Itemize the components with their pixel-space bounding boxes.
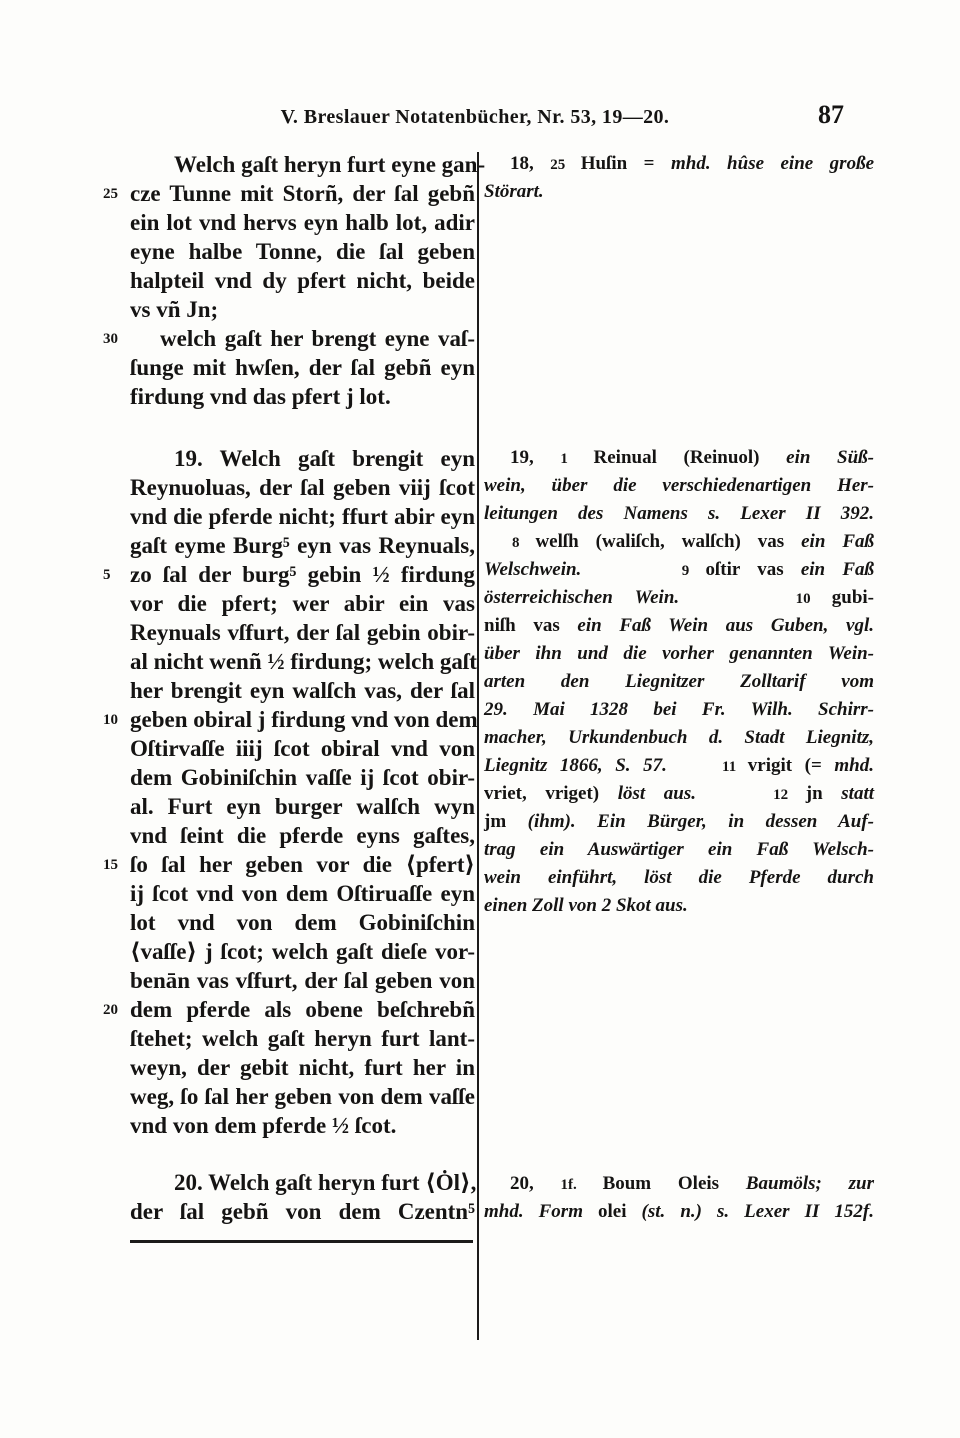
note-text-segment: welſh (waliſch, walſch) vas [535, 531, 801, 552]
commentary-note: 20, 1f. Boum Oleis Baumöls; zurmhd. Form… [484, 1170, 874, 1226]
note-ref-number: 25 [550, 157, 580, 173]
text-line: al nicht wenñ ½ firdung; welch gaſt [103, 647, 475, 676]
note-text-segment: mhd. hûse eine große [671, 153, 874, 174]
text-line: Reynuals vſfurt, der ſal gebin obir- [103, 618, 475, 647]
note-text-segment: (ihm). Ein Bürger, in dessen Auf- [528, 811, 874, 832]
text-line: Reynuoluas, der ſal geben viij ſcot [103, 473, 475, 502]
line-text: cze Tunne mit Storñ, der ſal gebñ [130, 179, 475, 208]
note-text-segment: wein, über die verschiedenartigen Her- [484, 475, 874, 496]
line-text: dem Gobiniſchin vaſſe ij ſcot obir- [130, 763, 475, 792]
note-text-segment: jm [484, 811, 528, 832]
note-text-segment: vrigit (= [748, 755, 835, 776]
note-text-segment: über ihn und die vorher genannten Wein- [484, 643, 874, 664]
note-text-segment: ein Faß [801, 531, 874, 552]
commentary-note: 18, 25 Huſin = mhd. hûse eine großeStöra… [484, 150, 874, 206]
note-text-segment: österreichischen Wein. [484, 587, 679, 608]
margin-line-number [103, 1168, 130, 1197]
note-line: mhd. Form olei (st. n.) s. Lexer II 152f… [484, 1198, 874, 1226]
line-text: ſo ſal her geben vor die ⟨pfert⟩ [130, 850, 475, 879]
text-line: ij ſcot vnd von dem Oſtiruaſſe eyn [103, 879, 475, 908]
line-text: Reynuals vſfurt, der ſal gebin obir- [130, 618, 475, 647]
note-text-segment: 20, [510, 1173, 561, 1194]
line-text: Welch gaſt heryn furt eyne gan- [130, 150, 485, 179]
note-line: 19, 1 Reinual (Reinuol) ein Süß- [484, 444, 874, 472]
note-text-segment: trag ein Auswärtiger ein Faß Welsch- [484, 839, 874, 860]
commentary-note: 19, 1 Reinual (Reinuol) ein Süß-wein, üb… [484, 444, 874, 920]
margin-line-number [103, 821, 130, 850]
inter-note-gap [715, 798, 755, 799]
margin-line-number [103, 618, 130, 647]
note-text-segment: Reinual (Reinuol) [594, 447, 787, 468]
text-line: ⟨vaſſe⟩ j ſcot; welch gaſt dieſe vor- [103, 937, 475, 966]
note-line: trag ein Auswärtiger ein Faß Welsch- [484, 836, 874, 864]
line-text: vs vñ Jn; [130, 295, 475, 324]
line-text: firdung vnd das pfert j lot. [130, 382, 475, 411]
book-page: V. Breslauer Notatenbücher, Nr. 53, 19—2… [0, 0, 960, 1438]
note-line: vriet, vriget) löst aus. 12 jn statt [484, 780, 874, 808]
text-line: weyn, der gebit nicht, furt her in [103, 1053, 475, 1082]
text-line: al. Furt eyn burger walſch wyn [103, 792, 475, 821]
running-header-title: V. Breslauer Notatenbücher, Nr. 53, 19—2… [160, 106, 790, 129]
line-text: vnd ſeint die pferde eyns gaſtes, [130, 821, 475, 850]
line-text: gaſt eyme Burg⁵ eyn vas Reynuals, [130, 531, 475, 560]
margin-line-number [103, 879, 130, 908]
text-line: weg, ſo ſal her geben von dem vaſſe [103, 1082, 475, 1111]
line-text: ij ſcot vnd von dem Oſtiruaſſe eyn [130, 879, 475, 908]
margin-line-number: 15 [103, 850, 130, 879]
note-ref-number: 10 [796, 591, 832, 607]
margin-line-number [103, 353, 130, 382]
margin-line-number [103, 473, 130, 502]
line-text: ein lot vnd hervs eyn halb lot, adir [130, 208, 475, 237]
text-line: 20. Welch gaſt heryn furt ⟨Ȯl⟩, [103, 1168, 475, 1197]
text-line: Welch gaſt heryn furt eyne gan- [103, 150, 475, 179]
note-ref-number: 9 [682, 563, 706, 579]
margin-line-number [103, 1197, 130, 1226]
margin-line-number: 20 [103, 995, 130, 1024]
note-line: einen Zoll von 2 Skot aus. [484, 892, 874, 920]
text-line: ſtehet; welch gaſt heryn furt lant- [103, 1024, 475, 1053]
margin-line-number [103, 1053, 130, 1082]
note-text-segment: Boum Oleis [603, 1173, 746, 1194]
margin-line-number [103, 208, 130, 237]
line-text: vor die pfert; wer abir ein vas [130, 589, 475, 618]
note-line: wein, über die verschiedenartigen Her- [484, 472, 874, 500]
text-paragraph: 20. Welch gaſt heryn furt ⟨Ȯl⟩,der ſal g… [103, 1168, 475, 1226]
text-line: dem Gobiniſchin vaſſe ij ſcot obir- [103, 763, 475, 792]
line-text: Reynuoluas, der ſal geben viij ſcot [130, 473, 475, 502]
note-line: über ihn und die vorher genannten Wein- [484, 640, 874, 668]
note-text-segment: Baumöls; zur [746, 1173, 874, 1194]
margin-line-number [103, 966, 130, 995]
note-text-segment: mhd. [834, 755, 874, 776]
note-text-segment: (st. n.) s. Lexer II 152f. [642, 1201, 874, 1222]
note-text-segment: vriet, vriget) [484, 783, 618, 804]
line-text: eyne halbe Tonne, die ſal geben [130, 237, 475, 266]
note-text-segment: olei [598, 1201, 642, 1222]
note-line: Liegnitz 1866, S. 57. 11 vrigit (= mhd. [484, 752, 874, 780]
note-text-segment: löst aus. [618, 783, 696, 804]
note-line: macher, Urkundenbuch d. Stadt Liegnitz, [484, 724, 874, 752]
note-text-segment: einen Zoll von 2 Skot aus. [484, 895, 688, 916]
note-text-segment: macher, Urkundenbuch d. Stadt Liegnitz, [484, 727, 874, 748]
text-line: halpteil vnd dy pfert nicht, beide [103, 266, 475, 295]
margin-line-number [103, 531, 130, 560]
text-paragraph: Welch gaſt heryn furt eyne gan-25cze Tun… [103, 150, 475, 411]
line-text: Oſtirvaſſe iiij ſcot obiral vnd von [130, 734, 475, 763]
text-line: 15ſo ſal her geben vor die ⟨pfert⟩ [103, 850, 475, 879]
inter-note-gap [679, 770, 709, 771]
text-line: 30welch gaſt her brengt eyne vaſ- [103, 324, 475, 353]
text-line: Oſtirvaſſe iiij ſcot obiral vnd von [103, 734, 475, 763]
text-line: firdung vnd das pfert j lot. [103, 382, 475, 411]
text-line: der ſal gebñ von dem Czentn⁵ [103, 1197, 475, 1226]
note-line: Störart. [484, 178, 874, 206]
note-text-segment: Huſin = [581, 153, 671, 174]
note-text-segment: ein Faß [801, 559, 874, 580]
text-line: 5zo ſal der burg⁵ gebin ½ firdung [103, 560, 475, 589]
line-text: al nicht wenñ ½ firdung; welch gaſt [130, 647, 477, 676]
inter-note-gap [599, 574, 665, 575]
note-text-segment: 18, [510, 153, 550, 174]
text-paragraph: 19. Welch gaſt brengit eynReynuoluas, de… [103, 444, 475, 1140]
margin-line-number: 25 [103, 179, 130, 208]
line-text: lot vnd von dem Gobiniſchin [130, 908, 475, 937]
margin-line-number [103, 1082, 130, 1111]
note-line: 29. Mai 1328 bei Fr. Wilh. Schirr- [484, 696, 874, 724]
line-text: vnd von dem pferde ½ ſcot. [130, 1111, 475, 1140]
text-line: 10geben obiral j firdung vnd von dem [103, 705, 475, 734]
text-line: 19. Welch gaſt brengit eyn [103, 444, 475, 473]
text-line: vnd die pferde nicht; ffurt abir eyn [103, 502, 475, 531]
note-text-segment: ein Faß Wein aus Guben, vgl. [577, 615, 874, 636]
text-line: benān vas vſfurt, der ſal geben von [103, 966, 475, 995]
note-text-segment: jn [806, 783, 842, 804]
note-text-segment: arten den Liegnitzer Zolltarif vom [484, 671, 874, 692]
note-line: niſh vas ein Faß Wein aus Guben, vgl. [484, 612, 874, 640]
margin-line-number [103, 150, 130, 179]
margin-line-number [103, 295, 130, 324]
margin-line-number: 5 [103, 560, 130, 589]
scanned-book-page-body: { "colors": {"ink": "#151413", "paper": … [0, 0, 960, 1438]
margin-line-number [103, 382, 130, 411]
text-line: 25cze Tunne mit Storñ, der ſal gebñ [103, 179, 475, 208]
note-text-segment: 29. Mai 1328 bei Fr. Wilh. Schirr- [484, 699, 874, 720]
margin-line-number [103, 734, 130, 763]
margin-line-number [103, 589, 130, 618]
text-line: vnd ſeint die pferde eyns gaſtes, [103, 821, 475, 850]
footnote-separator-rule [130, 1240, 473, 1243]
line-text: weg, ſo ſal her geben von dem vaſſe [130, 1082, 475, 1111]
margin-line-number [103, 1024, 130, 1053]
note-text-segment: statt [841, 783, 874, 804]
note-line: 20, 1f. Boum Oleis Baumöls; zur [484, 1170, 874, 1198]
note-ref-number: 1 [560, 451, 593, 467]
margin-line-number: 30 [103, 324, 130, 353]
note-text-segment: wein einführt, löst die Pferde durch [484, 867, 874, 888]
text-line: gaſt eyme Burg⁵ eyn vas Reynuals, [103, 531, 475, 560]
note-line: arten den Liegnitzer Zolltarif vom [484, 668, 874, 696]
line-text: 20. Welch gaſt heryn furt ⟨Ȯl⟩, [130, 1168, 476, 1197]
text-line: ein lot vnd hervs eyn halb lot, adir [103, 208, 475, 237]
note-text-segment: 19, [510, 447, 560, 468]
text-line: ſunge mit hwſen, der ſal gebñ eyn [103, 353, 475, 382]
text-line: vnd von dem pferde ½ ſcot. [103, 1111, 475, 1140]
line-text: der ſal gebñ von dem Czentn⁵ [130, 1197, 475, 1226]
text-line: eyne halbe Tonne, die ſal geben [103, 237, 475, 266]
note-text-segment: niſh vas [484, 615, 577, 636]
note-ref-number: 12 [773, 787, 806, 803]
note-line: jm (ihm). Ein Bürger, in dessen Auf- [484, 808, 874, 836]
line-text: dem pferde als obene beſchrebñ [130, 995, 475, 1024]
note-text-segment: oſtir vas [706, 559, 801, 580]
margin-line-number [103, 444, 130, 473]
note-text-segment: mhd. Form [484, 1201, 598, 1222]
note-ref-number: 1f. [561, 1177, 603, 1193]
text-line: vor die pfert; wer abir ein vas [103, 589, 475, 618]
margin-line-number: 10 [103, 705, 130, 734]
text-line: 20dem pferde als obene beſchrebñ [103, 995, 475, 1024]
note-line: österreichischen Wein. 10 gubi- [484, 584, 874, 612]
margin-line-number [103, 676, 130, 705]
note-ref-number: 8 [512, 535, 535, 551]
note-line: 18, 25 Huſin = mhd. hûse eine große [484, 150, 874, 178]
line-text: halpteil vnd dy pfert nicht, beide [130, 266, 475, 295]
line-text: her brengit eyn walſch vas, der ſal [130, 676, 475, 705]
margin-line-number [103, 908, 130, 937]
margin-line-number [103, 647, 130, 676]
margin-line-number [103, 763, 130, 792]
margin-line-number [103, 237, 130, 266]
note-text-segment: ein Süß- [786, 447, 874, 468]
line-text: ſtehet; welch gaſt heryn furt lant- [130, 1024, 475, 1053]
margin-line-number [103, 1111, 130, 1140]
note-text-segment: Störart. [484, 181, 544, 202]
text-line: her brengit eyn walſch vas, der ſal [103, 676, 475, 705]
note-text-segment: leitungen des Namens s. Lexer II 392. [484, 503, 874, 524]
line-text: zo ſal der burg⁵ gebin ½ firdung [130, 560, 475, 589]
text-line: vs vñ Jn; [103, 295, 475, 324]
margin-line-number [103, 502, 130, 531]
line-text: welch gaſt her brengt eyne vaſ- [130, 324, 475, 353]
line-text: 19. Welch gaſt brengit eyn [130, 444, 475, 473]
line-text: ſunge mit hwſen, der ſal gebñ eyn [130, 353, 475, 382]
line-text: geben obiral j firdung vnd von dem [130, 705, 478, 734]
note-line: leitungen des Namens s. Lexer II 392. [484, 500, 874, 528]
line-text: ⟨vaſſe⟩ j ſcot; welch gaſt dieſe vor- [130, 937, 475, 966]
line-text: weyn, der gebit nicht, furt her in [130, 1053, 475, 1082]
column-divider-rule [477, 152, 479, 1340]
line-text: al. Furt eyn burger walſch wyn [130, 792, 475, 821]
margin-line-number [103, 792, 130, 821]
margin-line-number [103, 266, 130, 295]
line-text: benān vas vſfurt, der ſal geben von [130, 966, 475, 995]
note-ref-number: 11 [722, 759, 748, 775]
note-line: 8 welſh (waliſch, walſch) vas ein Faß [484, 528, 874, 556]
note-line: Welschwein. 9 oſtir vas ein Faß [484, 556, 874, 584]
note-text-segment: Welschwein. [484, 559, 581, 580]
page-number: 87 [780, 100, 844, 130]
margin-line-number [103, 937, 130, 966]
inter-note-gap [701, 602, 773, 603]
note-line: wein einführt, löst die Pferde durch [484, 864, 874, 892]
text-line: lot vnd von dem Gobiniſchin [103, 908, 475, 937]
note-text-segment: gubi- [832, 587, 874, 608]
line-text: vnd die pferde nicht; ffurt abir eyn [130, 502, 475, 531]
note-text-segment: Liegnitz 1866, S. 57. [484, 755, 667, 776]
